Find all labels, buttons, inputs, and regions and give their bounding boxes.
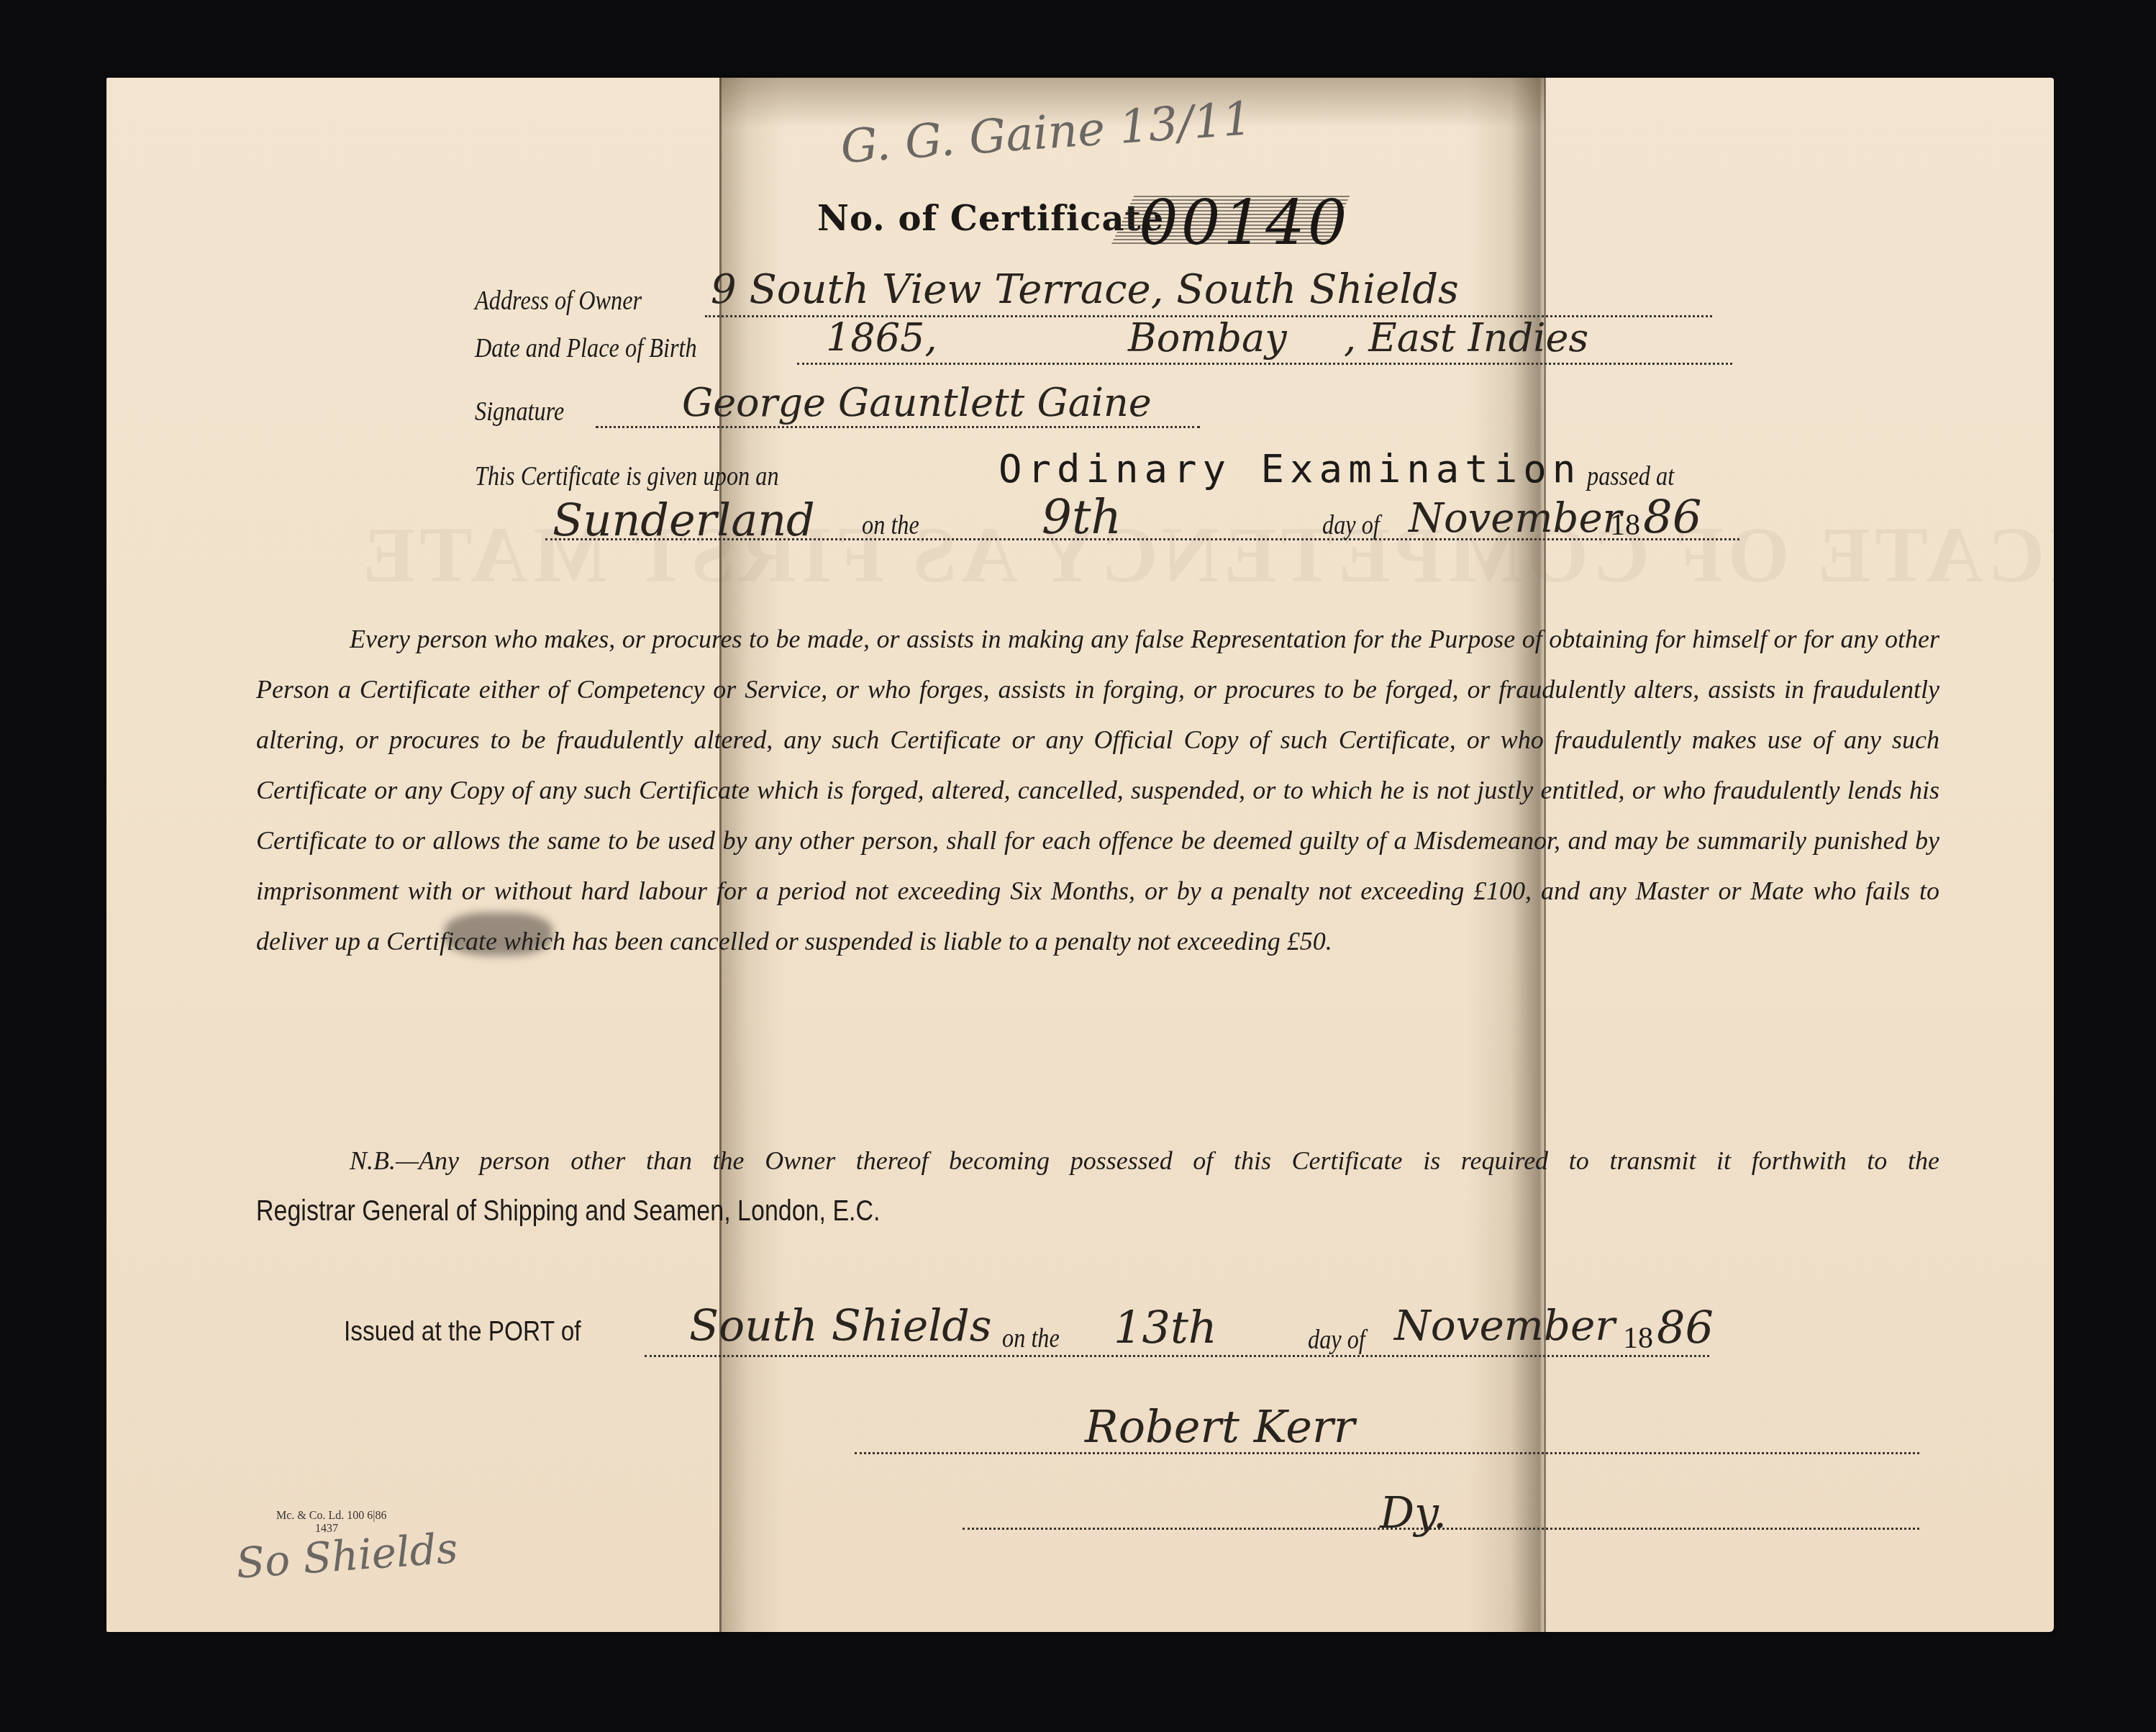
ink-smudge	[445, 912, 552, 956]
issue-dotline	[645, 1355, 1709, 1357]
birth-place: Bombay	[1128, 315, 1287, 361]
birth-region: , East Indies	[1344, 315, 1588, 361]
exam-on-the-label: on the	[862, 509, 919, 541]
passed-at-label: passed at	[1587, 461, 1674, 492]
warning-text: Every person who makes, or procures to b…	[256, 625, 1939, 956]
deputy-mark: Dy.	[1380, 1488, 1447, 1538]
registrar-signature: Robert Kerr	[1085, 1400, 1355, 1453]
registrar-address: Registrar General of Shipping and Seamen…	[256, 1186, 881, 1236]
owner-signature: George Gauntlett Gaine	[682, 380, 1152, 425]
issue-port: South Shields	[689, 1301, 992, 1351]
issue-day-of-label: day of	[1308, 1324, 1365, 1356]
birth-dotline	[797, 363, 1732, 365]
exam-year-suffix: 86	[1643, 491, 1701, 545]
issued-port-label: Issued at the PORT of	[344, 1317, 581, 1348]
nb-paragraph: N.B.—Any person other than the Owner the…	[256, 1135, 1939, 1237]
address-of-owner-value: 9 South View Terrace, South Shields	[711, 266, 1459, 313]
birth-label: Date and Place of Birth	[475, 332, 697, 364]
certificate-paper: CERTIFICATE OF COMPETENCY AS FIRST MATE …	[106, 78, 2054, 1632]
issue-day: 13th	[1114, 1301, 1217, 1354]
exam-day-of-label: day of	[1322, 509, 1380, 541]
bottom-pencil-note: So Shields	[235, 1523, 459, 1587]
birth-year: 1865,	[826, 315, 937, 361]
issue-year-prefix: 18	[1623, 1321, 1653, 1356]
exam-place: Sunderland	[552, 494, 815, 546]
exam-type: Ordinary Examination	[999, 446, 1581, 491]
exam-month: November	[1409, 495, 1621, 542]
issue-month: November	[1394, 1301, 1615, 1350]
exam-year-prefix: 18	[1610, 508, 1640, 543]
registrar-signature-dotline	[855, 1452, 1919, 1454]
nb-italic-text: N.B.—Any person other than the Owner the…	[350, 1146, 1939, 1175]
printer-imprint-line1: Mc. & Co. Ld. 100 6|86	[276, 1510, 386, 1523]
issue-year-suffix: 86	[1657, 1301, 1714, 1354]
certificate-number-label: No. of Certificate	[817, 199, 1164, 239]
certificate-number-value: 00140	[1139, 187, 1350, 259]
signature-dotline	[596, 426, 1200, 428]
signature-label: Signature	[475, 396, 564, 427]
exam-prefix: This Certificate is given upon an	[475, 461, 779, 492]
exam-day: 9th	[1042, 489, 1122, 545]
address-of-owner-label: Address of Owner	[475, 285, 642, 317]
issue-on-the-label: on the	[1002, 1323, 1060, 1354]
